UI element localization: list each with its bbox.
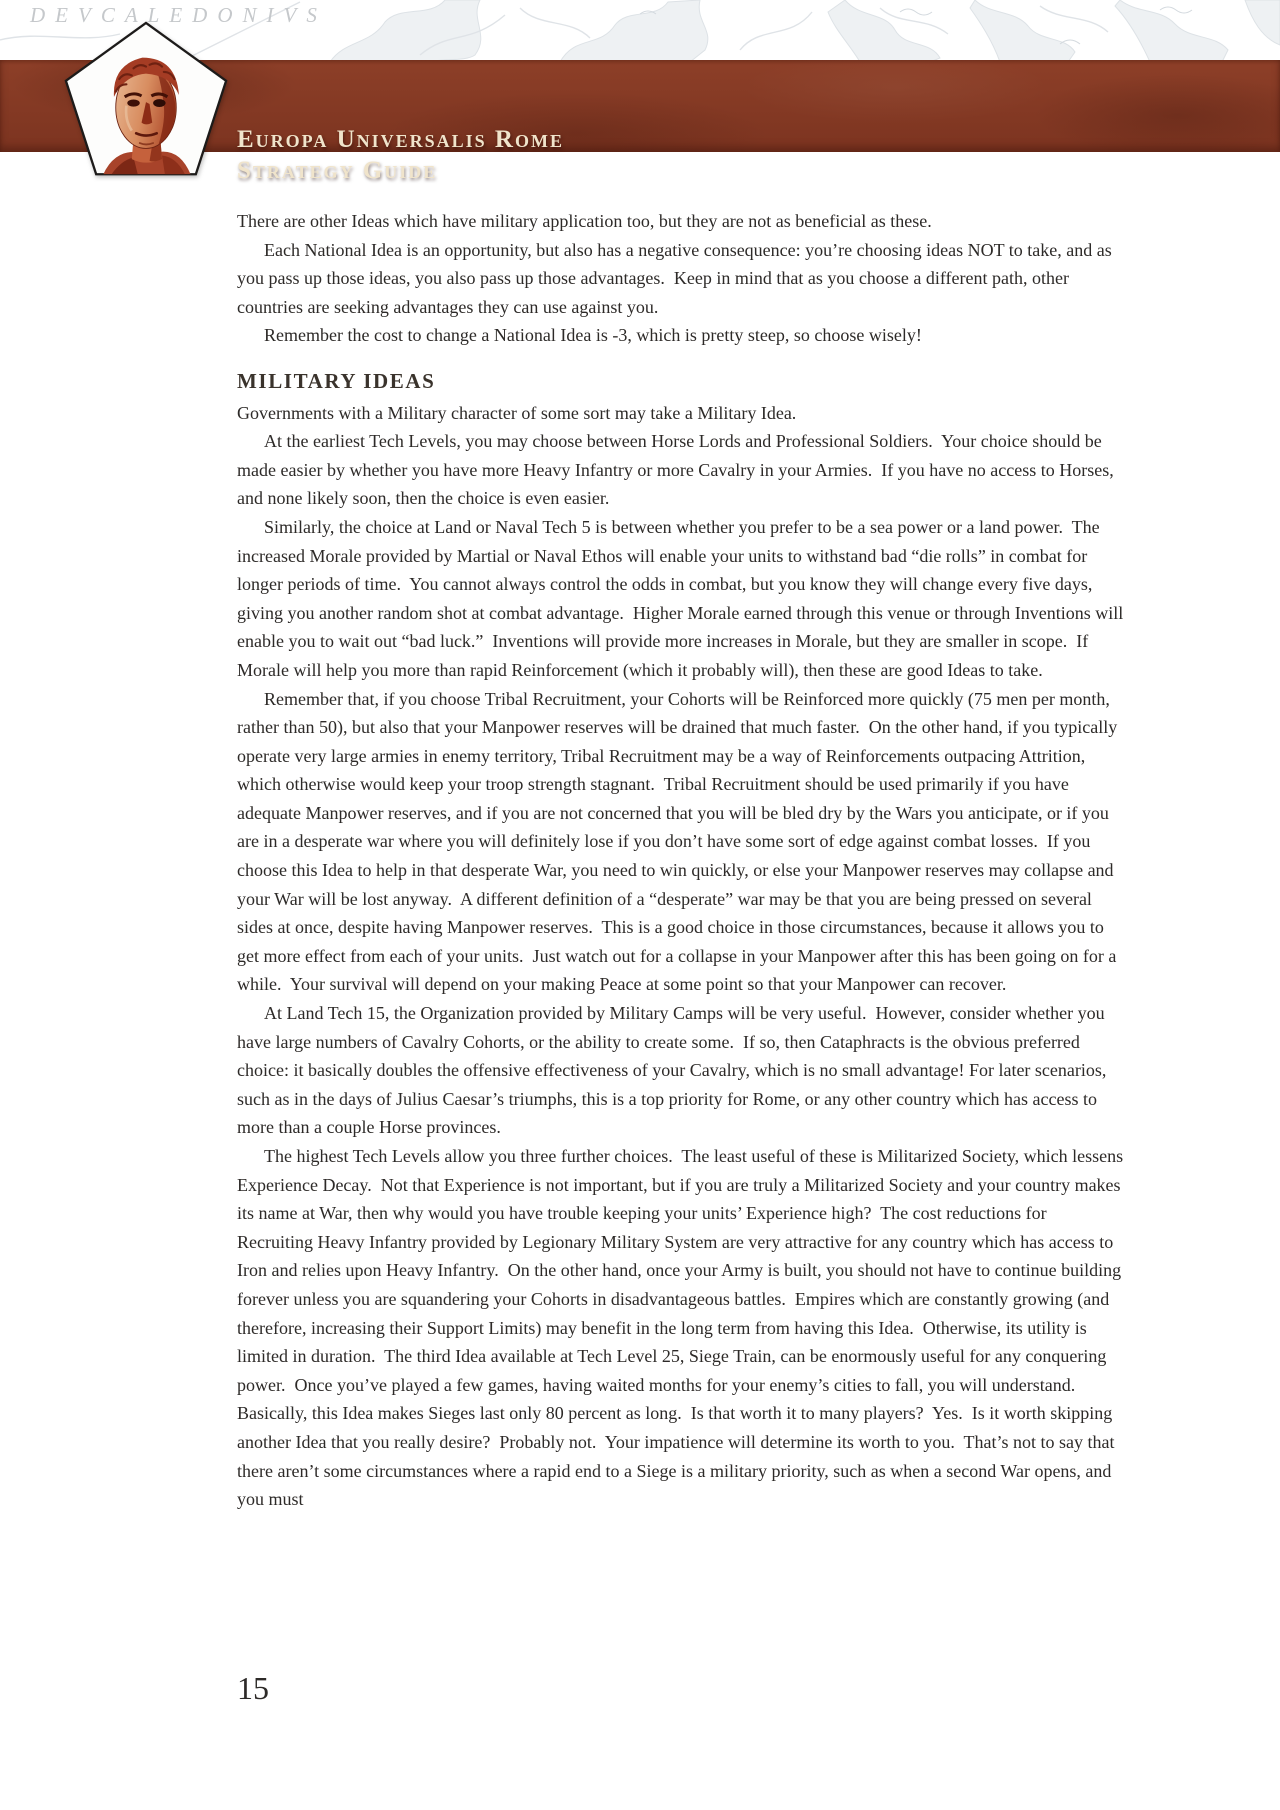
body-paragraph: Remember the cost to change a National I… [237, 321, 1127, 350]
guide-title: Europa Universalis Rome Strategy Guide [237, 124, 564, 186]
roman-bust-pentagon-icon [57, 20, 235, 195]
guide-title-line1: Europa Universalis Rome [237, 124, 564, 155]
body-paragraph: The highest Tech Levels allow you three … [237, 1142, 1127, 1514]
page-number: 15 [237, 1670, 269, 1707]
body-paragraph: Remember that, if you choose Tribal Recr… [237, 685, 1127, 1000]
guide-title-line2: Strategy Guide [237, 155, 564, 186]
page-content: There are other Ideas which have militar… [237, 207, 1127, 1514]
body-paragraph: There are other Ideas which have militar… [237, 207, 1127, 236]
body-paragraph: Each National Idea is an opportunity, bu… [237, 236, 1127, 322]
body-paragraph: At Land Tech 15, the Organization provid… [237, 999, 1127, 1142]
section-heading-military-ideas: MILITARY IDEAS [237, 367, 1127, 396]
body-paragraph: Governments with a Military character of… [237, 399, 1127, 428]
body-paragraph: Similarly, the choice at Land or Naval T… [237, 513, 1127, 685]
strategy-guide-page: DEVCALEDONIVS Europa Universalis Rome St… [0, 0, 1280, 1810]
body-paragraph: At the earliest Tech Levels, you may cho… [237, 427, 1127, 513]
